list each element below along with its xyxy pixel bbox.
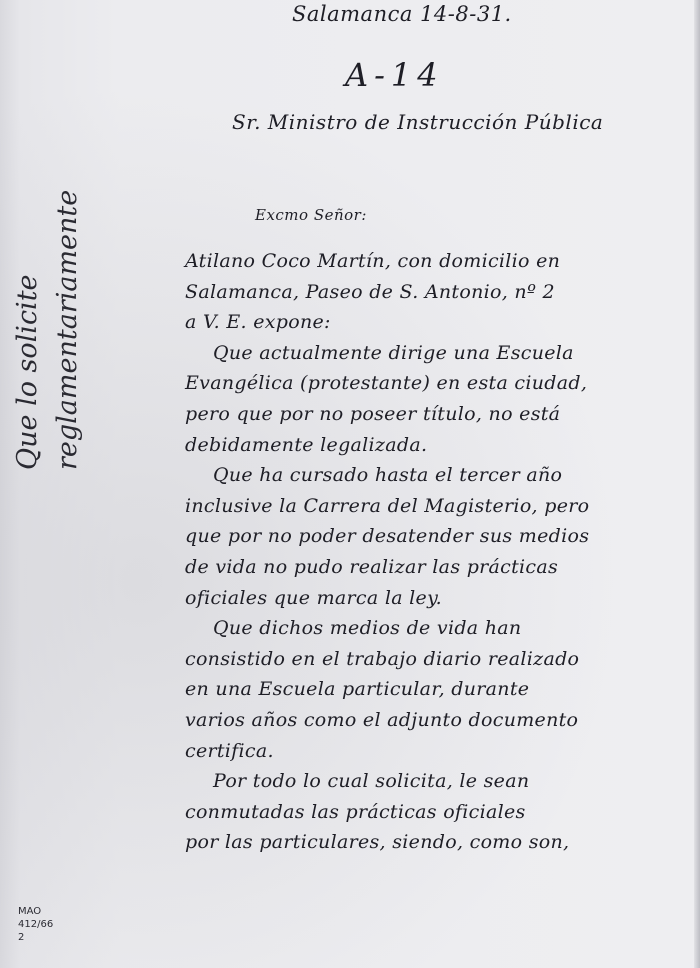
margin-note-line-1: Que lo solicite xyxy=(8,190,48,470)
body-line: Atilano Coco Martín, con domicilio en xyxy=(185,246,695,277)
body-line: Salamanca, Paseo de S. Antonio, nº 2 xyxy=(185,277,695,308)
stamp-line-1: MAO xyxy=(18,905,53,918)
body-line: que por no poder desatender sus medios xyxy=(185,521,695,552)
body-line: por las particulares, siendo, como son, xyxy=(185,827,695,858)
body-line: Que actualmente dirige una Escuela xyxy=(185,338,695,369)
body-line: inclusive la Carrera del Magisterio, per… xyxy=(185,491,695,522)
place-date: Salamanca 14-8-31. xyxy=(292,2,512,26)
body-line: pero que por no poseer título, no está xyxy=(185,399,695,430)
stamp-line-2: 412/66 xyxy=(18,918,53,931)
reference-number: A-14 xyxy=(345,56,444,94)
salutation: Excmo Señor: xyxy=(255,206,367,224)
stamp-line-3: 2 xyxy=(18,931,53,944)
body-line: Que dichos medios de vida han xyxy=(185,613,695,644)
archive-stamp: MAO 412/66 2 xyxy=(18,905,53,944)
body-line: oficiales que marca la ley. xyxy=(185,583,695,614)
letter-body: Atilano Coco Martín, con domicilio en Sa… xyxy=(185,246,695,858)
document-page: Salamanca 14-8-31. A-14 Sr. Ministro de … xyxy=(0,0,700,968)
body-line: a V. E. expone: xyxy=(185,307,695,338)
body-line: Por todo lo cual solicita, le sean xyxy=(185,766,695,797)
body-line: de vida no pudo realizar las prácticas xyxy=(185,552,695,583)
body-line: consistido en el trabajo diario realizad… xyxy=(185,644,695,675)
body-line: certifica. xyxy=(185,736,695,767)
body-line: Evangélica (protestante) en esta ciudad, xyxy=(185,368,695,399)
margin-annotation: Que lo solicite reglamentariamente xyxy=(8,190,88,470)
body-line: debidamente legalizada. xyxy=(185,430,695,461)
margin-note-line-2: reglamentariamente xyxy=(48,190,88,470)
body-line: Que ha cursado hasta el tercer año xyxy=(185,460,695,491)
body-line: varios años como el adjunto documento xyxy=(185,705,695,736)
addressee: Sr. Ministro de Instrucción Pública xyxy=(232,110,603,134)
body-line: en una Escuela particular, durante xyxy=(185,674,695,705)
body-line: conmutadas las prácticas oficiales xyxy=(185,797,695,828)
